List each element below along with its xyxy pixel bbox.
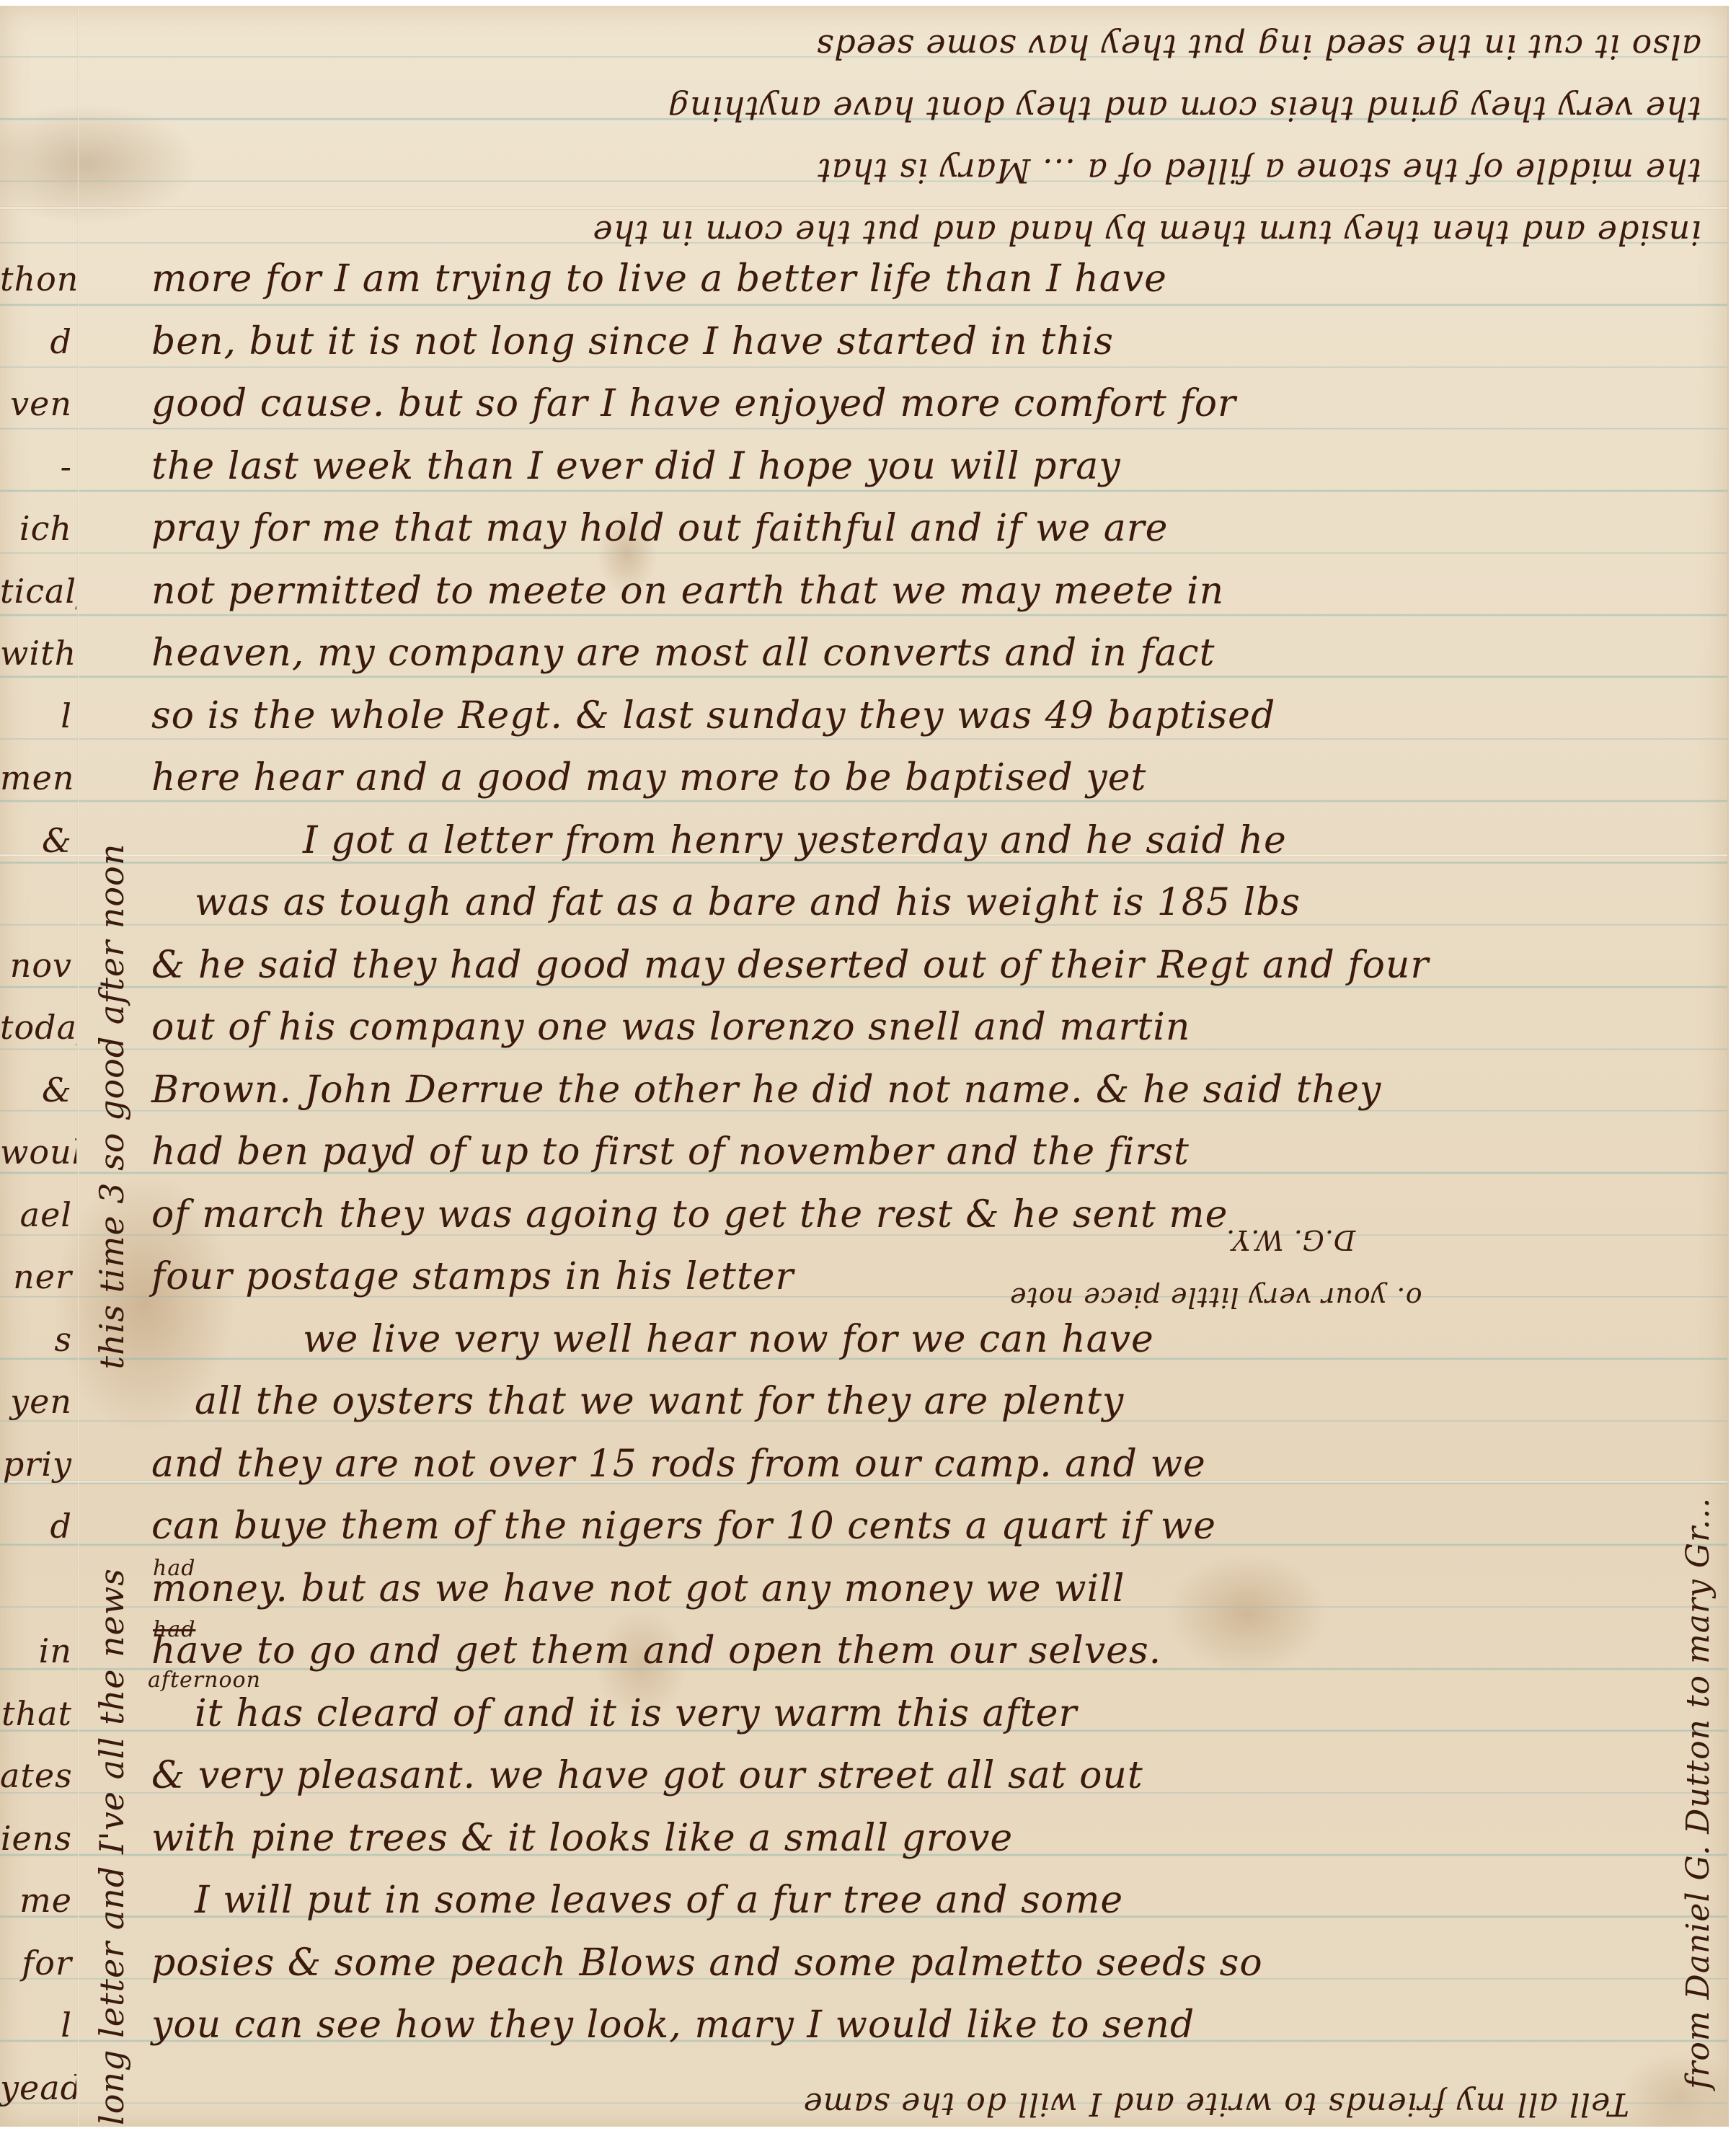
interlinear-note: afternoon xyxy=(148,1667,261,1693)
letter-line: posies & some peach Blows and some palme… xyxy=(151,1932,1709,1995)
letter-line: & very pleasant. we have got our street … xyxy=(151,1745,1709,1807)
fragment: s xyxy=(0,1308,76,1371)
letter-line: not permitted to meete on earth that we … xyxy=(151,560,1709,623)
left-margin-vertical-note: long letter and I've all the news this t… xyxy=(92,107,131,2125)
fragment: ich xyxy=(0,497,76,560)
fragment: in xyxy=(0,1620,76,1683)
fragment: nov xyxy=(0,934,76,997)
margin-note-part: this time 3 so good after noon xyxy=(92,843,131,1370)
fragment: & xyxy=(0,1059,76,1122)
letter-line: here hear and a good may more to be bapt… xyxy=(151,747,1709,810)
upside-down-note: D.G. W.Y. xyxy=(1226,1224,1355,1256)
fragment: ven xyxy=(0,373,76,435)
fragment: yen xyxy=(0,1370,76,1433)
upside-down-header-text: inside and then they turn them by hand a… xyxy=(22,16,1701,264)
letter-line: pray for me that may hold out faithful a… xyxy=(151,497,1709,560)
letter-line: can buye them of the nigers for 10 cents… xyxy=(151,1495,1709,1558)
facing-page-fragments: thong d ven - ich ticaly with l men & no… xyxy=(0,248,76,2119)
fragment xyxy=(0,872,76,934)
letter-sheet: thong d ven - ich ticaly with l men & no… xyxy=(0,6,1729,2127)
fragment: ates xyxy=(0,1745,76,1807)
fragment: ticaly xyxy=(0,560,76,623)
letter-line: was as tough and fat as a bare and his w… xyxy=(151,872,1709,934)
fragment: l xyxy=(0,685,76,748)
letter-line: Brown. John Derrue the other he did not … xyxy=(151,1059,1709,1122)
fragment: priy xyxy=(0,1433,76,1496)
fragment: that xyxy=(0,1683,76,1745)
letter-line: all the oysters that we want for they ar… xyxy=(151,1370,1709,1433)
letter-line: you can see how they look, mary I would … xyxy=(151,1994,1709,2057)
fragment: d xyxy=(0,311,76,373)
letter-line: it has cleard of and it is very warm thi… xyxy=(151,1683,1709,1745)
letter-line: money. but as we have not got any money … xyxy=(151,1558,1709,1621)
fragment: yead xyxy=(0,2057,76,2119)
right-margin-vertical-note: from Daniel G. Dutton to mary Gr... xyxy=(1680,1152,1717,2089)
upside-down-footer-text: Tell all my friends to write and I will … xyxy=(245,2082,1629,2125)
letter-line: ben, but it is not long since I have sta… xyxy=(151,311,1709,373)
letter-line: and they are not over 15 rods from our c… xyxy=(151,1433,1709,1496)
upside-line: the very they grind theis corn and they … xyxy=(22,78,1701,140)
letter-line: of march they was agoing to get the rest… xyxy=(151,1184,1709,1246)
vertical-fold-crease xyxy=(77,6,79,2127)
letter-line: have to go and get them and open them ou… xyxy=(151,1620,1709,1683)
letter-line: four postage stamps in his letter xyxy=(151,1246,1709,1308)
fragment xyxy=(0,1558,76,1621)
letter-line: had ben payd of up to first of november … xyxy=(151,1121,1709,1184)
fragment: today xyxy=(0,996,76,1059)
upside-line: also it cut in the seed ing put they hav… xyxy=(22,16,1701,78)
letter-line: the last week than I ever did I hope you… xyxy=(151,435,1709,498)
upside-line: the middle of the stone a filled of a ..… xyxy=(22,140,1701,202)
letter-line: with pine trees & it looks like a small … xyxy=(151,1807,1709,1870)
letter-body: more for I am trying to live a better li… xyxy=(151,248,1709,2057)
fragment: iens xyxy=(0,1807,76,1870)
letter-line: I will put in some leaves of a fur tree … xyxy=(151,1869,1709,1932)
interlinear-note-struck: had xyxy=(153,1617,195,1642)
letter-line: out of his company one was lorenzo snell… xyxy=(151,996,1709,1059)
letter-line: & he said they had good may deserted out… xyxy=(151,934,1709,997)
letter-line-paragraph-start: we live very well hear now for we can ha… xyxy=(151,1308,1709,1371)
letter-line: good cause. but so far I have enjoyed mo… xyxy=(151,373,1709,435)
margin-note-part: long letter and I've all the news xyxy=(92,1568,131,2125)
fragment: with xyxy=(0,622,76,685)
fragment: - xyxy=(0,435,76,498)
letter-line: more for I am trying to live a better li… xyxy=(151,248,1709,311)
upside-down-note: o. your very little piece note xyxy=(1009,1282,1422,1313)
fragment: for xyxy=(0,1932,76,1995)
letter-line-paragraph-start: I got a letter from henry yesterday and … xyxy=(151,810,1709,872)
fragment: would xyxy=(0,1121,76,1184)
fragment: & xyxy=(0,810,76,872)
fragment: men xyxy=(0,747,76,810)
fragment: d xyxy=(0,1495,76,1558)
fragment: ael xyxy=(0,1184,76,1246)
fragment: me xyxy=(0,1869,76,1932)
fragment: l xyxy=(0,1994,76,2057)
interlinear-note: had xyxy=(153,1556,195,1581)
letter-line: heaven, my company are most all converts… xyxy=(151,622,1709,685)
fragment: ner xyxy=(0,1246,76,1308)
letter-line: so is the whole Regt. & last sunday they… xyxy=(151,685,1709,748)
